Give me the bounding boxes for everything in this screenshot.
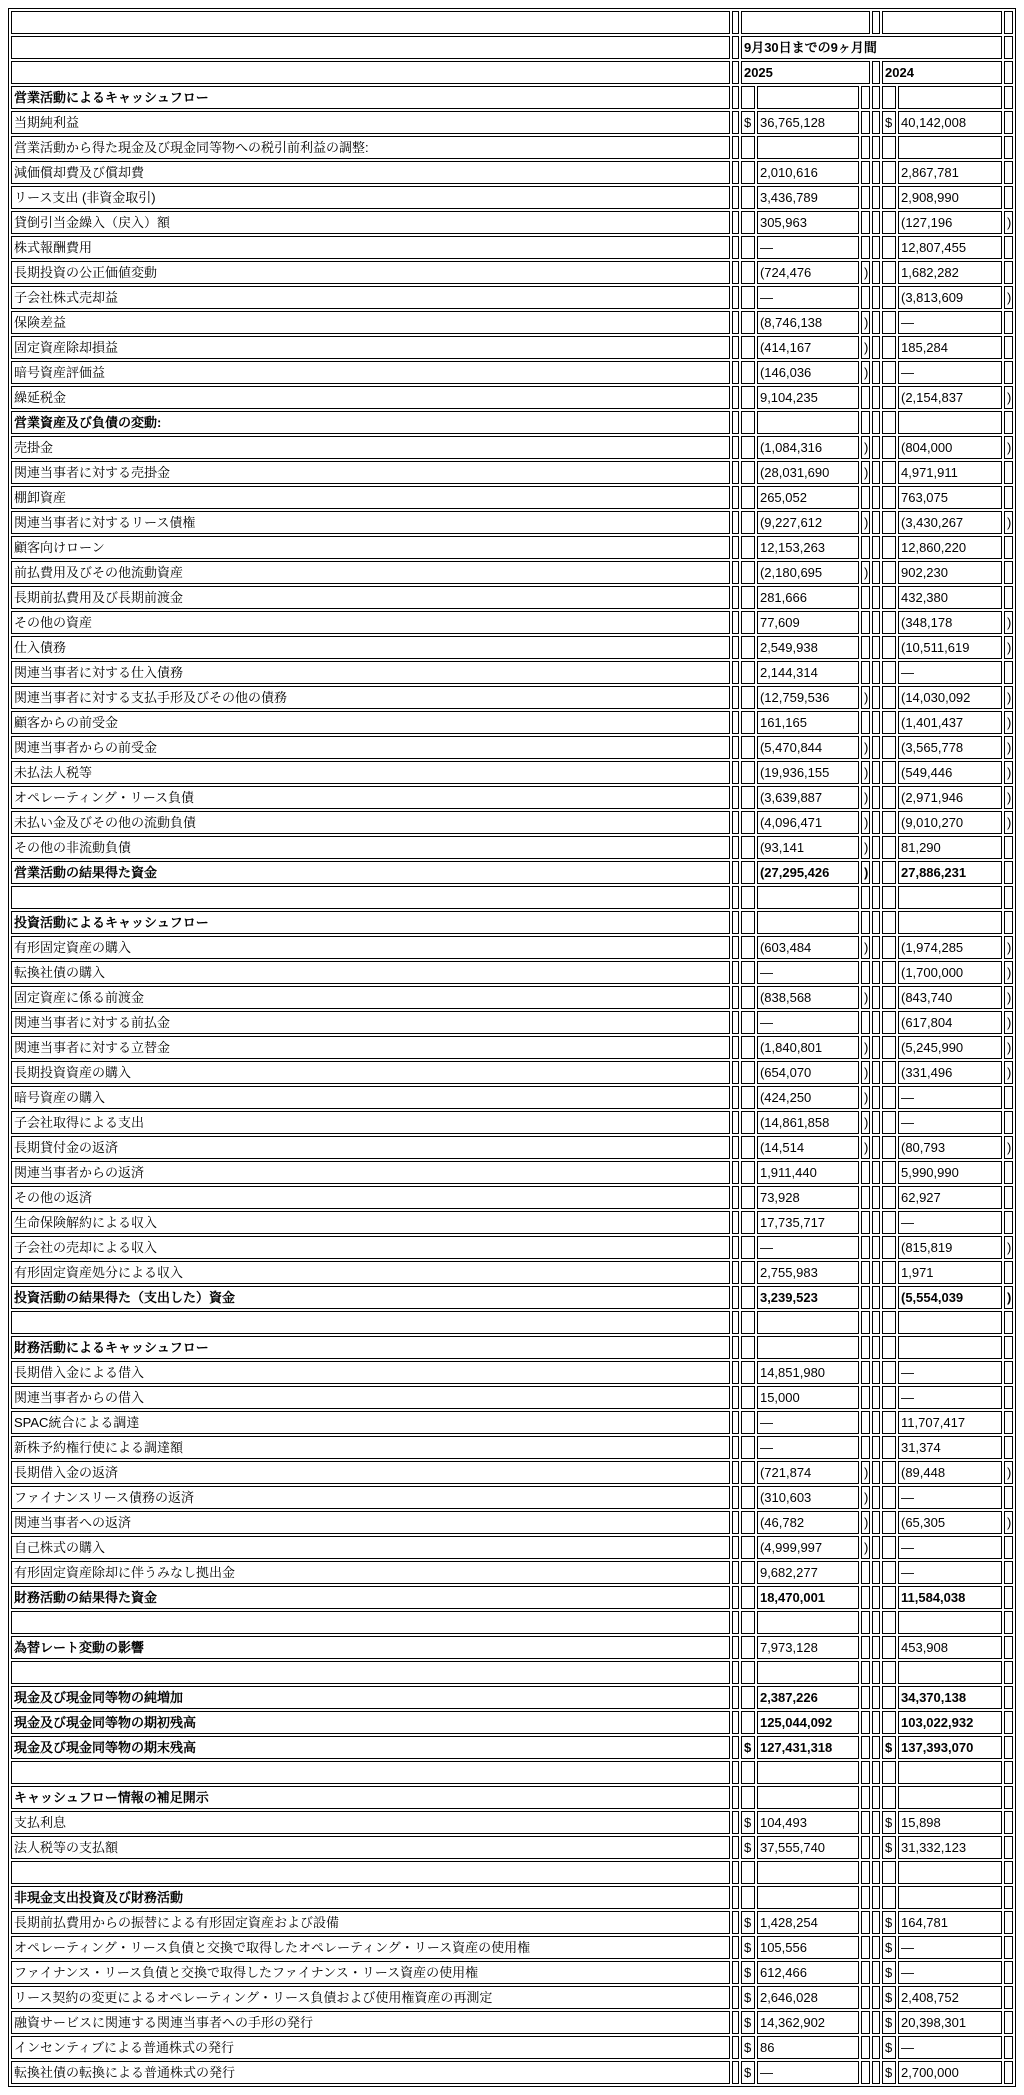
currency-cell-2024 (882, 1886, 896, 1909)
amount-cell-2024 (898, 1611, 1002, 1634)
spacer-row (11, 1861, 1013, 1884)
gap-cell (732, 2011, 739, 2034)
table-row: 暗号資産評価益(146,036)— (11, 361, 1013, 384)
amount-cell-2024: 2,408,752 (898, 1986, 1002, 2009)
spacer-row (11, 1661, 1013, 1684)
currency-cell-2025 (741, 661, 755, 684)
gap-cell (732, 1386, 739, 1409)
table-row: 投資活動によるキャッシュフロー (11, 911, 1013, 934)
amount-cell-2025: 1,428,254 (757, 1911, 859, 1934)
amount-cell-2025: (414,167 (757, 336, 859, 359)
gap-cell (732, 111, 739, 134)
currency-cell-2025 (741, 1486, 755, 1509)
paren-cell-2025: ) (861, 1086, 870, 1109)
amount-cell-2024: (617,804 (898, 1011, 1002, 1034)
amount-cell-2024: 2,908,990 (898, 186, 1002, 209)
paren-cell-2024 (1004, 1861, 1013, 1884)
currency-cell-2024 (882, 211, 896, 234)
label-cell: リース契約の変更によるオペレーティング・リース負債および使用権資産の再測定 (11, 1986, 730, 2009)
amount-cell-2024: — (898, 1386, 1002, 1409)
currency-cell-2024 (882, 1286, 896, 1309)
table-row: その他の資産77,609(348,178) (11, 611, 1013, 634)
gap-cell (872, 1311, 880, 1334)
table-row: 長期投資資産の購入(654,070)(331,496) (11, 1061, 1013, 1084)
currency-cell-2024: $ (882, 1961, 896, 1984)
paren-cell-2024 (1004, 1411, 1013, 1434)
label-cell (11, 1761, 730, 1784)
gap-cell (872, 1961, 880, 1984)
paren-cell-2025 (861, 911, 870, 934)
currency-cell-2025 (741, 1311, 755, 1334)
table-row: リース支出 (非資金取引)3,436,7892,908,990 (11, 186, 1013, 209)
paren-cell-2024 (1004, 1911, 1013, 1934)
currency-cell-2025 (741, 986, 755, 1009)
gap-cell (872, 411, 880, 434)
currency-cell-2024 (882, 961, 896, 984)
paren-cell-2025: ) (861, 786, 870, 809)
currency-cell-2025 (741, 1511, 755, 1534)
table-row: オペレーティング・リース負債(3,639,887)(2,971,946) (11, 786, 1013, 809)
amount-cell-2024: (1,401,437 (898, 711, 1002, 734)
table-row: ファイナンスリース債務の返済(310,603)— (11, 1486, 1013, 1509)
label-cell: 関連当事者に対する前払金 (11, 1011, 730, 1034)
currency-cell-2024 (882, 1786, 896, 1809)
currency-cell-2024 (882, 861, 896, 884)
gap-cell (732, 1336, 739, 1359)
paren-cell-2025 (861, 1561, 870, 1584)
amount-cell-2024: (65,305 (898, 1511, 1002, 1534)
amount-cell-2025: (424,250 (757, 1086, 859, 1109)
label-cell: 関連当事者からの返済 (11, 1161, 730, 1184)
paren-cell-2024 (1004, 1611, 1013, 1634)
amount-cell-2025: 2,646,028 (757, 1986, 859, 2009)
amount-cell-2024: — (898, 1561, 1002, 1584)
label-cell (11, 1661, 730, 1684)
label-cell: 長期前払費用及び長期前渡金 (11, 586, 730, 609)
gap-cell (872, 1111, 880, 1134)
table-row: 固定資産除却損益(414,167)185,284 (11, 336, 1013, 359)
label-cell: 融資サービスに関連する関連当事者への手形の発行 (11, 2011, 730, 2034)
paren-cell-2024: ) (1004, 686, 1013, 709)
currency-cell-2024 (882, 486, 896, 509)
amount-cell-2024: (14,030,092 (898, 686, 1002, 709)
paren-cell-2025: ) (861, 1111, 870, 1134)
gap-cell (732, 211, 739, 234)
amount-cell-2025 (757, 1611, 859, 1634)
gap-cell (872, 886, 880, 909)
table-row: 営業活動の結果得た資金(27,295,426)27,886,231 (11, 861, 1013, 884)
gap-cell (872, 1936, 880, 1959)
paren-cell-2025 (861, 1186, 870, 1209)
currency-cell-2025 (741, 886, 755, 909)
gap-cell (732, 536, 739, 559)
gap-cell (872, 836, 880, 859)
gap-cell (732, 1786, 739, 1809)
label-cell: 有形固定資産除却に伴うみなし拠出金 (11, 1561, 730, 1584)
gap-cell (872, 61, 880, 84)
paren-cell-2024 (1004, 861, 1013, 884)
amount-cell-2024: 62,927 (898, 1186, 1002, 1209)
amount-cell-2025: (654,070 (757, 1061, 859, 1084)
currency-cell-2024 (882, 886, 896, 909)
paren-cell-2025 (861, 236, 870, 259)
gap-cell (872, 311, 880, 334)
amount-cell-2024 (898, 1886, 1002, 1909)
paren-cell-2024: ) (1004, 1036, 1013, 1059)
gap-cell (732, 1111, 739, 1134)
paren-cell-2025 (861, 1861, 870, 1884)
gap-cell (732, 1811, 739, 1834)
paren-cell-2024: ) (1004, 1286, 1013, 1309)
paren-cell-2024 (1004, 586, 1013, 609)
amount-cell-2025: (4,096,471 (757, 811, 859, 834)
table-row: 投資活動の結果得た（支出した）資金3,239,523(5,554,039) (11, 1286, 1013, 1309)
amount-cell-2024: 1,971 (898, 1261, 1002, 1284)
currency-cell-2024 (882, 1511, 896, 1534)
gap-cell (872, 436, 880, 459)
gap-cell (732, 711, 739, 734)
paren-cell-2024 (1004, 1961, 1013, 1984)
paren-cell-2025 (861, 586, 870, 609)
amount-cell-2024: 763,075 (898, 486, 1002, 509)
table-row: 仕入債務2,549,938(10,511,619) (11, 636, 1013, 659)
paren-cell-2024 (1004, 836, 1013, 859)
paren-cell-2024 (1004, 1161, 1013, 1184)
amount-cell-2024: 27,886,231 (898, 861, 1002, 884)
gap-cell (732, 1861, 739, 1884)
currency-cell-2025: $ (741, 1986, 755, 2009)
currency-cell-2025 (741, 1436, 755, 1459)
paren-cell-2025 (861, 1786, 870, 1809)
amount-cell-2024: (348,178 (898, 611, 1002, 634)
paren-cell-2025 (861, 1311, 870, 1334)
currency-cell-2024 (882, 1386, 896, 1409)
label-cell: 株式報酬費用 (11, 236, 730, 259)
gap-cell (732, 361, 739, 384)
label-cell: インセンティブによる普通株式の発行 (11, 2036, 730, 2059)
amount-cell-2025 (757, 1336, 859, 1359)
cashflow-table-body: 9月30日までの9ヶ月間 2025 2024 営業活動によるキャッシュフロー当期… (11, 11, 1013, 2084)
amount-cell-2025: (1,840,801 (757, 1036, 859, 1059)
paren-cell-2024: ) (1004, 761, 1013, 784)
table-row: 為替レート変動の影響7,973,128453,908 (11, 1636, 1013, 1659)
gap-cell (732, 1686, 739, 1709)
currency-cell-2024 (882, 611, 896, 634)
currency-cell-2025 (741, 1411, 755, 1434)
gap-cell (872, 1236, 880, 1259)
label-cell: 投資活動の結果得た（支出した）資金 (11, 1286, 730, 1309)
gap-cell (872, 811, 880, 834)
gap-cell (732, 786, 739, 809)
currency-cell-2025 (741, 211, 755, 234)
label-cell: 固定資産除却損益 (11, 336, 730, 359)
currency-cell-2024 (882, 136, 896, 159)
amount-cell-2024: 902,230 (898, 561, 1002, 584)
table-row: 非現金支出投資及び財務活動 (11, 1886, 1013, 1909)
table-row: 未払法人税等(19,936,155)(549,446) (11, 761, 1013, 784)
amount-cell-2025: 127,431,318 (757, 1736, 859, 1759)
paren-cell-2024 (1004, 1361, 1013, 1384)
table-row: 営業活動から得た現金及び現金同等物への税引前利益の調整: (11, 136, 1013, 159)
paren-cell-2024: ) (1004, 1011, 1013, 1034)
label-cell: 繰延税金 (11, 386, 730, 409)
amount-cell-2025: (3,639,887 (757, 786, 859, 809)
paren-cell-2025: ) (861, 1511, 870, 1534)
paren-cell-2024 (1004, 311, 1013, 334)
paren-cell-2024 (1004, 1986, 1013, 2009)
currency-cell-2025 (741, 361, 755, 384)
paren-cell-2024 (1004, 1436, 1013, 1459)
label-cell: 棚卸資産 (11, 486, 730, 509)
gap-cell (732, 11, 739, 34)
currency-cell-2025: $ (741, 1911, 755, 1934)
amount-cell-2025: (5,470,844 (757, 736, 859, 759)
amount-cell-2025: (93,141 (757, 836, 859, 859)
spacer-row (11, 886, 1013, 909)
gap-cell (872, 961, 880, 984)
paren-cell-2025 (861, 661, 870, 684)
gap-cell (732, 411, 739, 434)
table-row: オペレーティング・リース負債と交換で取得したオペレーティング・リース資産の使用権… (11, 1936, 1013, 1959)
currency-cell-2024 (882, 586, 896, 609)
currency-cell-2024: $ (882, 2061, 896, 2084)
paren-cell-2024: ) (1004, 636, 1013, 659)
gap-cell (732, 1886, 739, 1909)
label-cell: 営業活動から得た現金及び現金同等物への税引前利益の調整: (11, 136, 730, 159)
currency-cell-2025 (741, 536, 755, 559)
paren-cell-2024 (1004, 2061, 1013, 2084)
table-row: 有形固定資産の購入(603,484)(1,974,285) (11, 936, 1013, 959)
currency-cell-2025 (741, 1086, 755, 1109)
gap-cell (732, 1486, 739, 1509)
amount-cell-2024: (549,446 (898, 761, 1002, 784)
amount-cell-2025: 265,052 (757, 486, 859, 509)
amount-cell-2025 (757, 411, 859, 434)
gap-cell (872, 1661, 880, 1684)
gap-cell (872, 1436, 880, 1459)
amount-cell-2024: (5,554,039 (898, 1286, 1002, 1309)
paren-cell-2024 (1004, 1261, 1013, 1284)
amount-cell-2025 (757, 1886, 859, 1909)
table-row: 支払利息$104,493$15,898 (11, 1811, 1013, 1834)
gap-cell (732, 236, 739, 259)
currency-cell-2024 (882, 511, 896, 534)
label-cell: 長期借入金の返済 (11, 1461, 730, 1484)
gap-cell (872, 636, 880, 659)
currency-cell-2025 (741, 1036, 755, 1059)
paren-cell-2025: ) (861, 1136, 870, 1159)
amount-cell-2024: (80,793 (898, 1136, 1002, 1159)
currency-cell-2024 (882, 436, 896, 459)
amount-cell-2024 (898, 1311, 1002, 1334)
paren-cell-2025: ) (861, 361, 870, 384)
label-cell: ファイナンスリース債務の返済 (11, 1486, 730, 1509)
currency-cell-2025 (741, 436, 755, 459)
currency-cell-2025: $ (741, 2036, 755, 2059)
table-row: インセンティブによる普通株式の発行$86$— (11, 2036, 1013, 2059)
currency-cell-2025 (741, 686, 755, 709)
gap-cell (872, 286, 880, 309)
label-cell: 自己株式の購入 (11, 1536, 730, 1559)
currency-cell-2024 (882, 1536, 896, 1559)
label-cell: 関連当事者に対する売掛金 (11, 461, 730, 484)
amount-cell-2024 (898, 1661, 1002, 1684)
currency-cell-2024 (882, 1411, 896, 1434)
table-row: 保険差益(8,746,138)— (11, 311, 1013, 334)
currency-cell-2024 (882, 1061, 896, 1084)
table-row: 株式報酬費用—12,807,455 (11, 236, 1013, 259)
amount-cell-2024: — (898, 1536, 1002, 1559)
paren-cell-2024 (1004, 1486, 1013, 1509)
label-cell: 関連当事者に対する支払手形及びその他の債務 (11, 686, 730, 709)
paren-cell-2025 (861, 1411, 870, 1434)
amount-cell-2024: — (898, 1936, 1002, 1959)
gap-cell (732, 2061, 739, 2084)
amount-cell-2025: 18,470,001 (757, 1586, 859, 1609)
amount-cell-2024: 5,990,990 (898, 1161, 1002, 1184)
amount-cell-2025: (14,861,858 (757, 1111, 859, 1134)
paren-cell-2025: ) (861, 936, 870, 959)
currency-cell-2024: $ (882, 1986, 896, 2009)
currency-cell-2025 (741, 1711, 755, 1734)
gap-cell (872, 1786, 880, 1809)
amount-cell-2024: 185,284 (898, 336, 1002, 359)
paren-cell-2024 (1004, 86, 1013, 109)
amount-cell-2024: 2,700,000 (898, 2061, 1002, 2084)
paren-cell-2025: ) (861, 761, 870, 784)
gap-cell (732, 1361, 739, 1384)
paren-cell-2024 (1004, 536, 1013, 559)
gap-cell (732, 661, 739, 684)
currency-cell-2024 (882, 1436, 896, 1459)
gap-cell (872, 236, 880, 259)
paren-cell-2025 (861, 286, 870, 309)
amount-cell-2024: — (898, 1361, 1002, 1384)
paren-cell-2025: ) (861, 836, 870, 859)
currency-cell-2024 (882, 1111, 896, 1134)
amount-cell-2025: (724,476 (757, 261, 859, 284)
paren-cell-2024: ) (1004, 811, 1013, 834)
paren-cell-2024 (1004, 561, 1013, 584)
paren-cell-2024: ) (1004, 986, 1013, 1009)
paren-cell-2025: ) (861, 1036, 870, 1059)
label-cell: 前払費用及びその他流動資産 (11, 561, 730, 584)
currency-cell-2025: $ (741, 1836, 755, 1859)
paren-cell-2025 (861, 1161, 870, 1184)
table-row: 繰延税金9,104,235(2,154,837) (11, 386, 1013, 409)
table-row: 未払い金及びその他の流動負債(4,096,471)(9,010,270) (11, 811, 1013, 834)
label-cell: 為替レート変動の影響 (11, 1636, 730, 1659)
table-row: 売掛金(1,084,316)(804,000) (11, 436, 1013, 459)
table-row: 関連当事者に対する支払手形及びその他の債務(12,759,536)(14,030… (11, 686, 1013, 709)
amount-cell-2024 (898, 86, 1002, 109)
gap-cell (872, 711, 880, 734)
gap-cell (732, 486, 739, 509)
table-row: 前払費用及びその他流動資産(2,180,695)902,230 (11, 561, 1013, 584)
gap-cell (872, 1336, 880, 1359)
gap-cell (872, 511, 880, 534)
currency-cell-2024 (882, 636, 896, 659)
gap-cell (872, 536, 880, 559)
gap-cell (732, 911, 739, 934)
amount-cell-2024: (127,196 (898, 211, 1002, 234)
label-cell (11, 1611, 730, 1634)
amount-cell-2025: (1,084,316 (757, 436, 859, 459)
amount-cell-2024: (5,245,990 (898, 1036, 1002, 1059)
amount-cell-2024: — (898, 1486, 1002, 1509)
currency-cell-2025 (741, 811, 755, 834)
amount-cell-2024: (2,971,946 (898, 786, 1002, 809)
currency-cell-2025: $ (741, 1736, 755, 1759)
amount-cell-2025: 36,765,128 (757, 111, 859, 134)
amount-cell-2025: — (757, 1436, 859, 1459)
paren-cell-2024: ) (1004, 436, 1013, 459)
gap-cell (872, 1486, 880, 1509)
amount-cell-2024 (898, 1761, 1002, 1784)
empty-group-cell-2025 (741, 11, 870, 34)
amount-cell-2025 (757, 911, 859, 934)
currency-cell-2025 (741, 1061, 755, 1084)
label-cell: その他の資産 (11, 611, 730, 634)
period-header-cell: 9月30日までの9ヶ月間 (741, 36, 1002, 59)
amount-cell-2025: 281,666 (757, 586, 859, 609)
table-row: 財務活動によるキャッシュフロー (11, 1336, 1013, 1359)
gap-cell (872, 1461, 880, 1484)
currency-cell-2025 (741, 711, 755, 734)
currency-cell-2025 (741, 186, 755, 209)
table-row: SPAC統合による調達—11,707,417 (11, 1411, 1013, 1434)
paren-cell-2025: ) (861, 986, 870, 1009)
amount-cell-2024: 1,682,282 (898, 261, 1002, 284)
gap-cell (732, 2036, 739, 2059)
currency-cell-2024 (882, 661, 896, 684)
amount-cell-2024: — (898, 361, 1002, 384)
label-cell: 有形固定資産の購入 (11, 936, 730, 959)
currency-cell-2024 (882, 736, 896, 759)
paren-cell-2025: ) (861, 1461, 870, 1484)
paren-cell-2025 (861, 1386, 870, 1409)
gap-cell (732, 1061, 739, 1084)
amount-cell-2024: — (898, 1086, 1002, 1109)
paren-cell-2024 (1004, 2036, 1013, 2059)
paren-cell-2024 (1004, 1586, 1013, 1609)
currency-cell-2024 (882, 1586, 896, 1609)
gap-cell (732, 1036, 739, 1059)
paren-cell-2024 (1004, 1936, 1013, 1959)
label-cell: 営業資産及び負債の変動: (11, 411, 730, 434)
paren-cell-2024 (1004, 411, 1013, 434)
label-cell: 現金及び現金同等物の純増加 (11, 1686, 730, 1709)
amount-cell-2025: (310,603 (757, 1486, 859, 1509)
amount-cell-2024: (10,511,619 (898, 636, 1002, 659)
gap-cell (872, 1186, 880, 1209)
gap-cell (872, 161, 880, 184)
currency-cell-2025 (741, 1636, 755, 1659)
currency-cell-2024 (882, 286, 896, 309)
gap-cell (732, 1436, 739, 1459)
amount-cell-2025: 73,928 (757, 1186, 859, 1209)
paren-cell-2024 (1004, 1111, 1013, 1134)
label-cell (11, 61, 730, 84)
gap-cell (872, 211, 880, 234)
gap-cell (732, 1286, 739, 1309)
currency-cell-2024 (882, 1486, 896, 1509)
gap-cell (732, 1611, 739, 1634)
amount-cell-2024: — (898, 1961, 1002, 1984)
gap-cell (872, 1211, 880, 1234)
currency-cell-2025 (741, 1261, 755, 1284)
gap-cell (732, 286, 739, 309)
